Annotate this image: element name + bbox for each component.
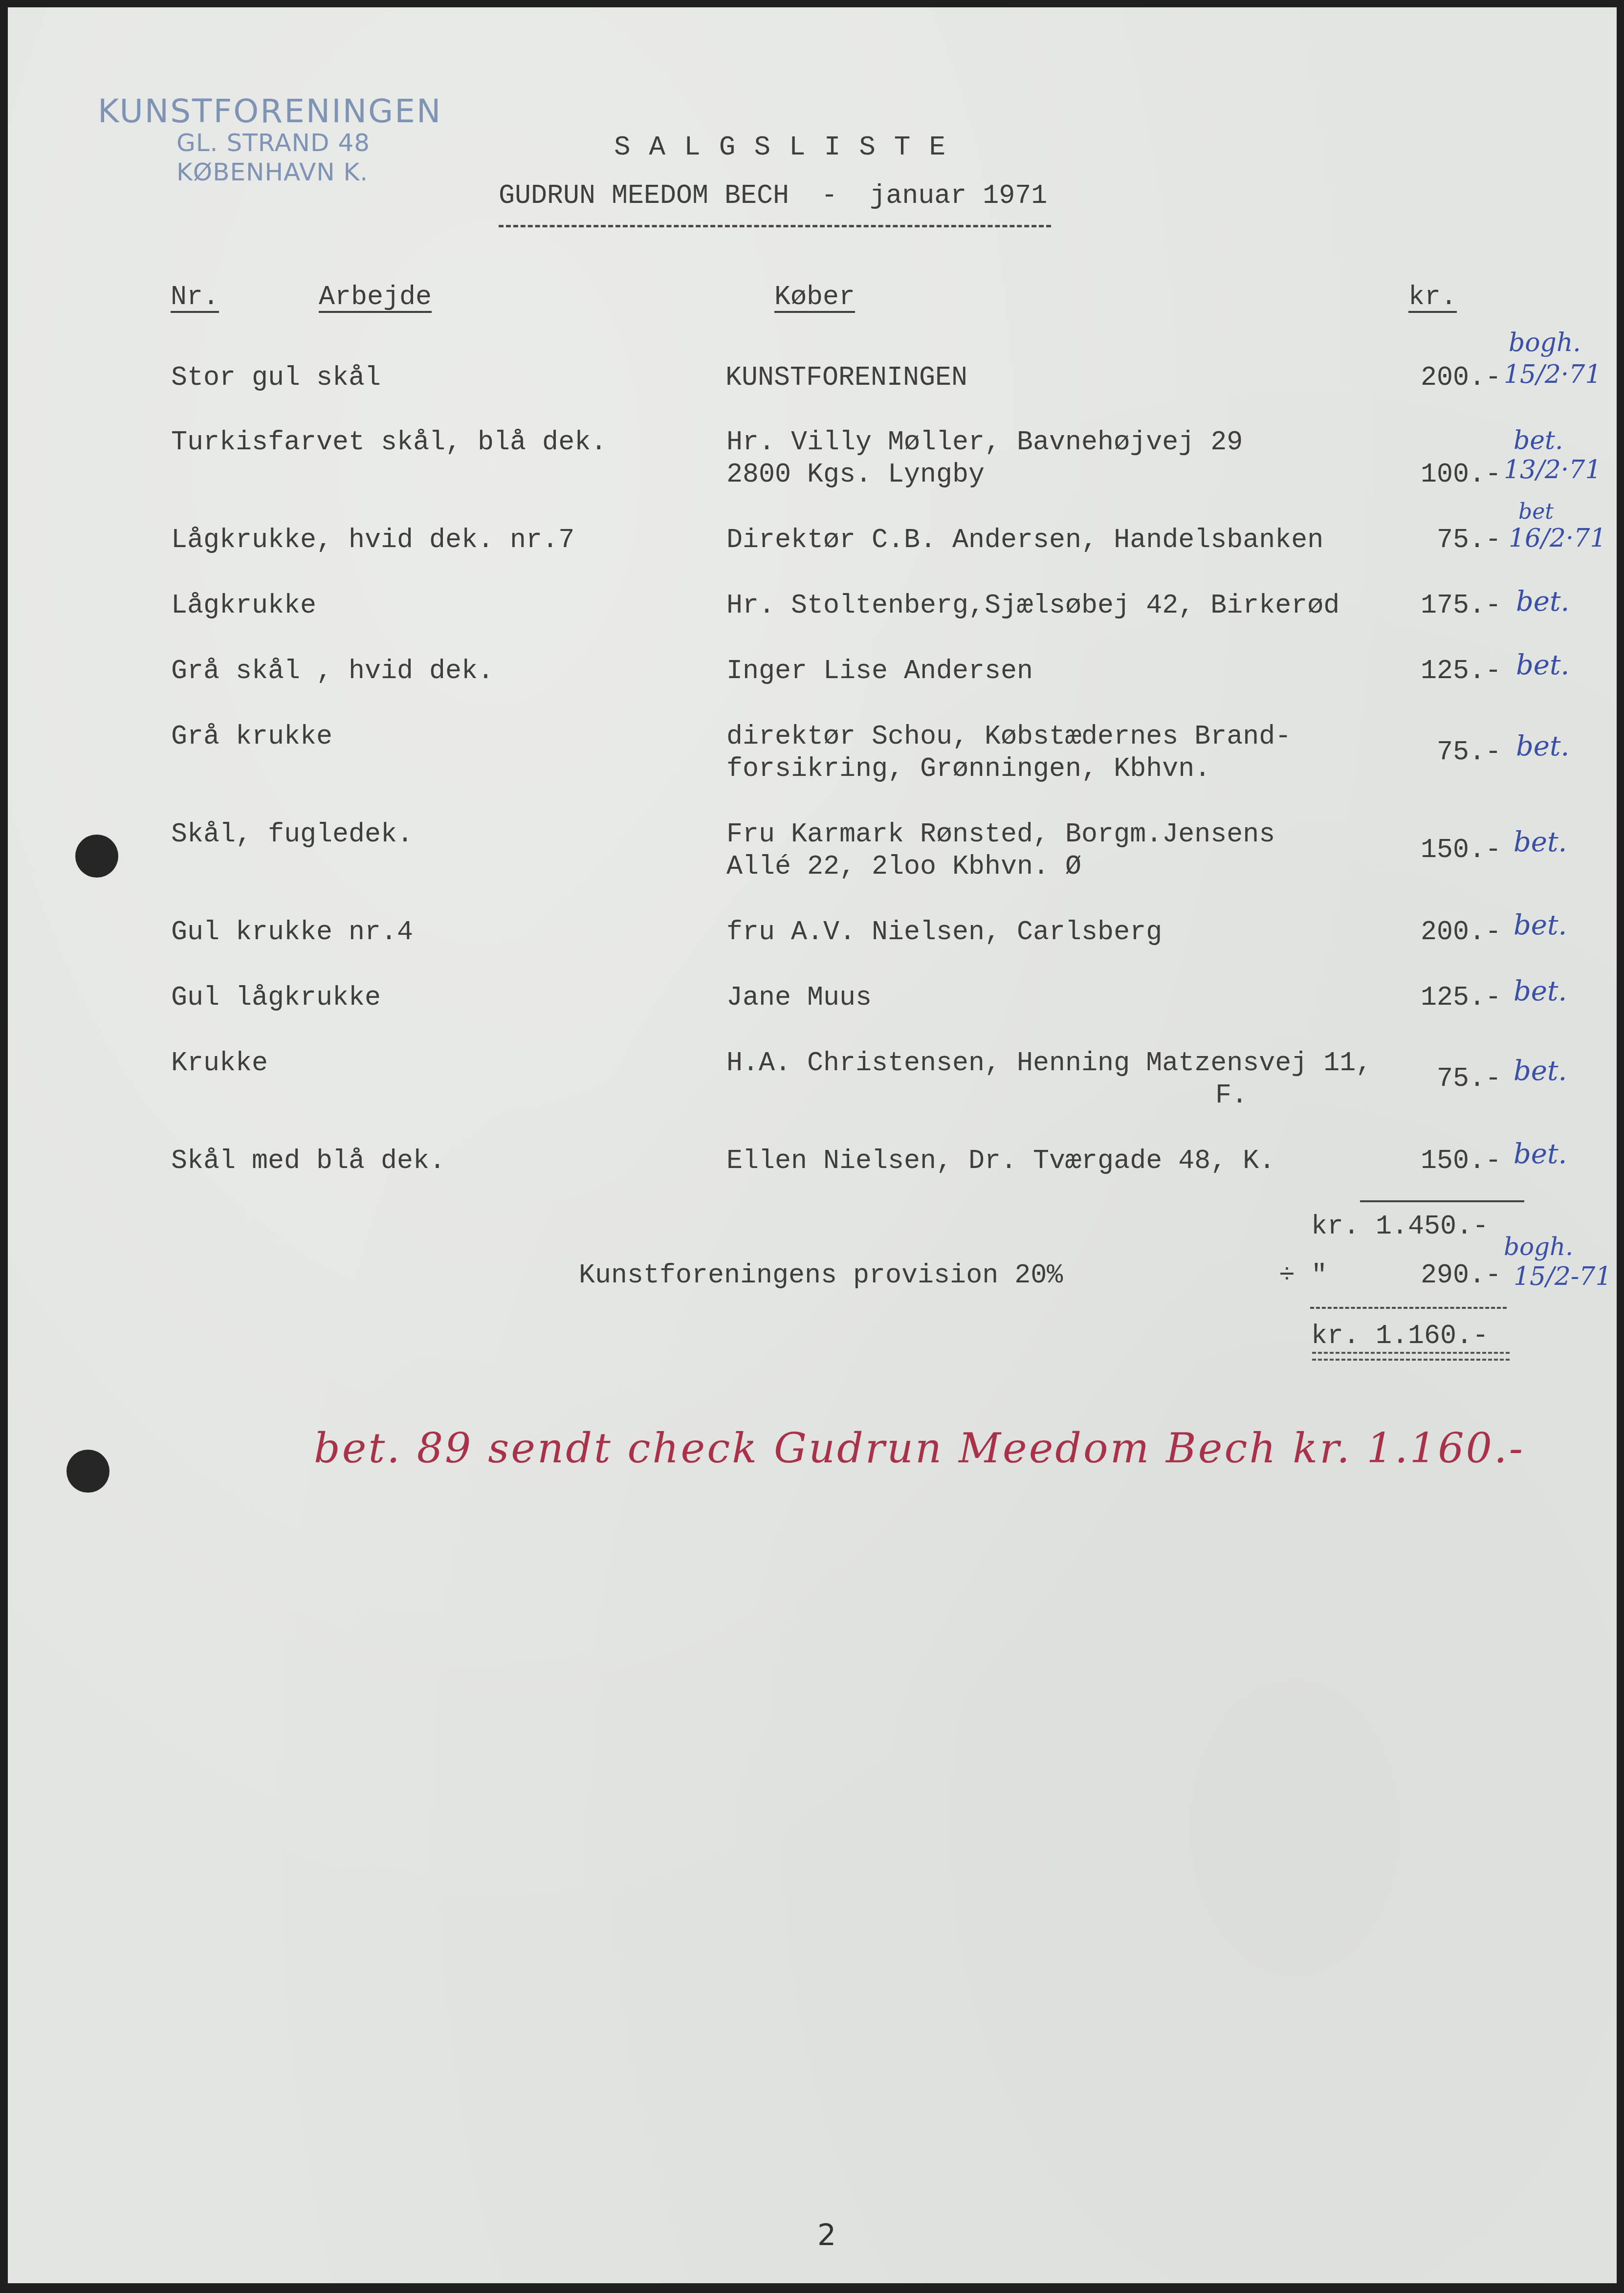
row-koeber: Ellen Nielsen, Dr. Tværgade 48, K. (726, 1147, 1275, 1174)
header-arbejde: Arbejde (319, 284, 432, 310)
provision-note-date: 15/2-71 (1514, 1264, 1612, 1289)
row-note: bet. (1514, 1058, 1567, 1085)
row-koeber-line2: forsikring, Grønningen, Kbhvn. (726, 755, 1210, 782)
stamp-city: KØBENHAVN K. (176, 160, 368, 184)
row-amount: 100.- (1345, 461, 1501, 488)
row-amount: 75.- (1345, 527, 1501, 553)
row-note-date: 13/2·71 (1504, 457, 1601, 483)
row-note: bet. (1514, 829, 1567, 856)
row-arbejde: Gul krukke nr.4 (171, 919, 413, 946)
row-arbejde: Skål med blå dek. (171, 1147, 445, 1174)
handwritten-payment-note: bet. 89 sendt check Gudrun Meedom Bech k… (314, 1428, 1525, 1469)
row-note: bogh. (1509, 330, 1581, 355)
row-amount: 175.- (1345, 592, 1501, 619)
document-page: KUNSTFORENINGEN GL. STRAND 48 KØBENHAVN … (8, 7, 1617, 2283)
row-arbejde: Lågkrukke, hvid dek. nr.7 (171, 527, 574, 553)
row-amount: 200.- (1345, 364, 1501, 391)
row-arbejde: Skål, fugledek. (171, 821, 413, 848)
row-note: bet. (1514, 978, 1567, 1005)
row-note-date: 16/2·71 (1509, 526, 1606, 551)
page-number: 2 (817, 2218, 836, 2252)
row-note: bet. (1516, 588, 1569, 616)
row-koeber-line2: 2800 Kgs. Lyngby (726, 461, 985, 488)
row-arbejde: Turkisfarvet skål, blå dek. (171, 429, 607, 456)
row-amount: 75.- (1345, 1065, 1501, 1092)
row-amount: 200.- (1345, 919, 1501, 946)
row-koeber: KUNSTFORENINGEN (725, 364, 967, 391)
subtotal-amount: kr. 1.450.- (1311, 1213, 1489, 1240)
row-note: bet. (1516, 733, 1569, 760)
document-subtitle: GUDRUN MEEDOM BECH - januar 1971 (499, 182, 1047, 209)
subtitle-underline (499, 225, 1051, 227)
row-koeber-line2: Allé 22, 2loo Kbhvn. Ø (726, 853, 1081, 880)
row-note: bet (1518, 501, 1554, 523)
punch-hole-top (75, 835, 118, 878)
row-amount: 125.- (1345, 658, 1501, 684)
provision-sign: ÷ " (1279, 1262, 1327, 1289)
net-total-amount: kr. 1.160.- (1311, 1323, 1489, 1349)
provision-rule (1310, 1307, 1507, 1309)
row-amount: 125.- (1345, 984, 1501, 1011)
stamp-organization-name: KUNSTFORENINGEN (98, 95, 442, 128)
row-arbejde: Grå skål , hvid dek. (171, 658, 494, 684)
row-arbejde: Gul lågkrukke (171, 984, 381, 1011)
row-arbejde: Stor gul skål (171, 364, 381, 391)
punch-hole-bottom (66, 1450, 110, 1493)
subtotal-rule (1360, 1200, 1524, 1202)
row-koeber: Jane Muus (726, 984, 872, 1011)
header-koeber: Køber (774, 284, 855, 310)
row-koeber: H.A. Christensen, Henning Matzensvej 11, (726, 1050, 1372, 1077)
document-title: SALGSLISTE (614, 133, 964, 161)
provision-amount: 290.- (1345, 1262, 1501, 1289)
header-kr: kr. (1408, 284, 1457, 310)
row-note: bet. (1514, 428, 1563, 453)
provision-note: bogh. (1504, 1235, 1573, 1259)
row-amount: 150.- (1345, 837, 1501, 863)
row-koeber: fru A.V. Nielsen, Carlsberg (726, 919, 1162, 946)
row-koeber-line2: F. (1215, 1082, 1248, 1109)
provision-label: Kunstforeningens provision 20% (579, 1262, 1063, 1289)
net-total-double-underline (1312, 1352, 1510, 1361)
row-koeber: Direktør C.B. Andersen, Handelsbanken (726, 527, 1323, 553)
row-note: bet. (1516, 652, 1569, 679)
row-note: bet. (1514, 1141, 1567, 1168)
row-koeber: Fru Karmark Rønsted, Borgm.Jensens (726, 821, 1275, 848)
row-amount: 75.- (1345, 739, 1501, 766)
header-nr: Nr. (171, 284, 219, 310)
row-koeber: Inger Lise Andersen (726, 658, 1033, 684)
row-note: bet. (1514, 912, 1567, 939)
stamp-street: GL. STRAND 48 (176, 131, 370, 155)
row-koeber: direktør Schou, Købstædernes Brand- (726, 723, 1291, 750)
row-note-date: 15/2·71 (1504, 362, 1601, 387)
row-arbejde: Grå krukke (171, 723, 332, 750)
row-koeber: Hr. Stoltenberg,Sjælsøbej 42, Birkerød (726, 592, 1339, 619)
row-arbejde: Lågkrukke (171, 592, 316, 619)
row-amount: 150.- (1345, 1147, 1501, 1174)
row-koeber: Hr. Villy Møller, Bavnehøjvej 29 (726, 429, 1243, 456)
row-arbejde: Krukke (171, 1050, 268, 1077)
